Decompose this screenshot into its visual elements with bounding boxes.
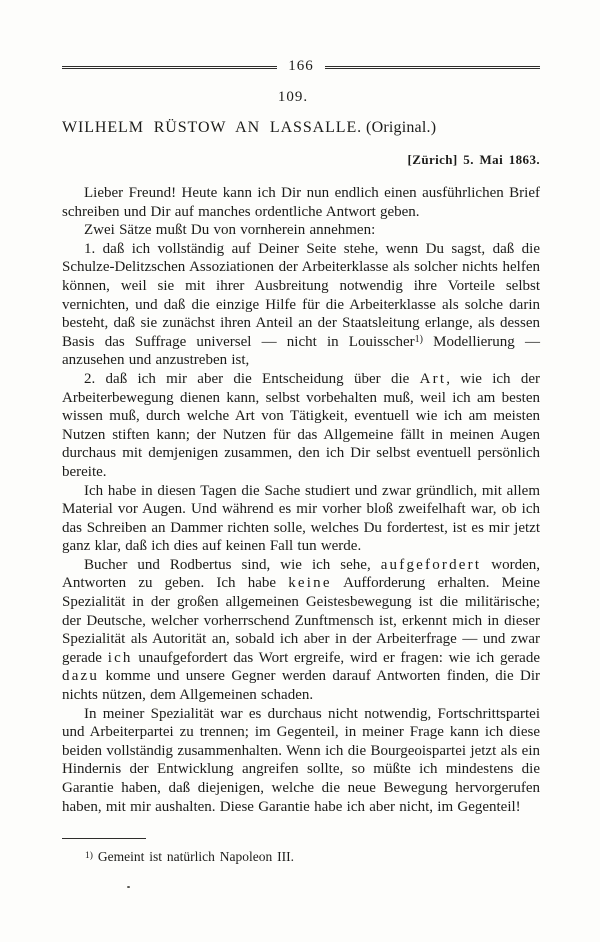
text-segment: Zwei Sätze mußt Du von vornherein annehm… bbox=[84, 222, 375, 238]
paragraph: Lieber Freund! Heute kann ich Dir nun en… bbox=[62, 184, 540, 221]
text-segment: unaufgefordert das Wort ergreife, wird e… bbox=[133, 650, 540, 666]
header-rule-left bbox=[62, 66, 277, 69]
page-number: 166 bbox=[288, 59, 314, 74]
paragraph: Zwei Sätze mußt Du von vornherein annehm… bbox=[62, 221, 540, 240]
scan-speck-artifact bbox=[127, 886, 130, 888]
text-segment: aufgefordert bbox=[381, 557, 482, 573]
text-segment: , wie ich der Arbeiterbewegung dienen ka… bbox=[62, 371, 540, 480]
text-segment: komme und unsere Gegner werden darauf An… bbox=[62, 668, 540, 703]
footnote-text: Gemeint ist natürlich Napoleon III. bbox=[98, 849, 294, 864]
paragraph: 2. daß ich mir aber die Entscheidung übe… bbox=[62, 370, 540, 482]
footnote: 1)Gemeint ist natürlich Napoleon III. bbox=[62, 849, 540, 865]
paragraph: Bucher und Rodbertus sind, wie ich sehe,… bbox=[62, 556, 540, 705]
text-segment: Art bbox=[420, 371, 447, 387]
letter-title-annotation: (Original.) bbox=[366, 119, 436, 136]
footnote-separator bbox=[62, 838, 146, 839]
footnote-marker: 1) bbox=[85, 851, 93, 861]
paragraph: Ich habe in diesen Tagen die Sache studi… bbox=[62, 482, 540, 556]
text-segment: keine bbox=[288, 575, 331, 591]
text-segment: 2. daß ich mir aber die Entscheidung übe… bbox=[84, 371, 420, 387]
paragraph: In meiner Spezialität war es durchaus ni… bbox=[62, 705, 540, 817]
footnote-reference: 1) bbox=[415, 334, 423, 345]
running-head: 166 bbox=[62, 60, 540, 75]
book-page: 166 109. WILHELM RÜSTOW AN LASSALLE.(Ori… bbox=[0, 0, 600, 942]
letter-title-text: WILHELM RÜSTOW AN LASSALLE. bbox=[62, 119, 362, 136]
header-rule-right bbox=[325, 66, 540, 69]
text-segment: Lieber Freund! Heute kann ich Dir nun en… bbox=[62, 185, 540, 220]
paragraph: 1. daß ich vollständig auf Deiner Seite … bbox=[62, 240, 540, 370]
text-segment: dazu bbox=[62, 668, 99, 684]
text-segment: Bucher und Rodbertus sind, wie ich sehe, bbox=[84, 557, 381, 573]
dateline: [Zürich] 5. Mai 1863. bbox=[408, 152, 540, 168]
letter-body: Lieber Freund! Heute kann ich Dir nun en… bbox=[62, 184, 540, 816]
text-segment: Ich habe in diesen Tagen die Sache studi… bbox=[62, 483, 540, 555]
entry-number: 109. bbox=[0, 89, 586, 106]
text-segment: ich bbox=[108, 650, 133, 666]
text-segment: In meiner Spezialität war es durchaus ni… bbox=[62, 706, 540, 815]
letter-title: WILHELM RÜSTOW AN LASSALLE.(Original.) bbox=[62, 119, 540, 137]
